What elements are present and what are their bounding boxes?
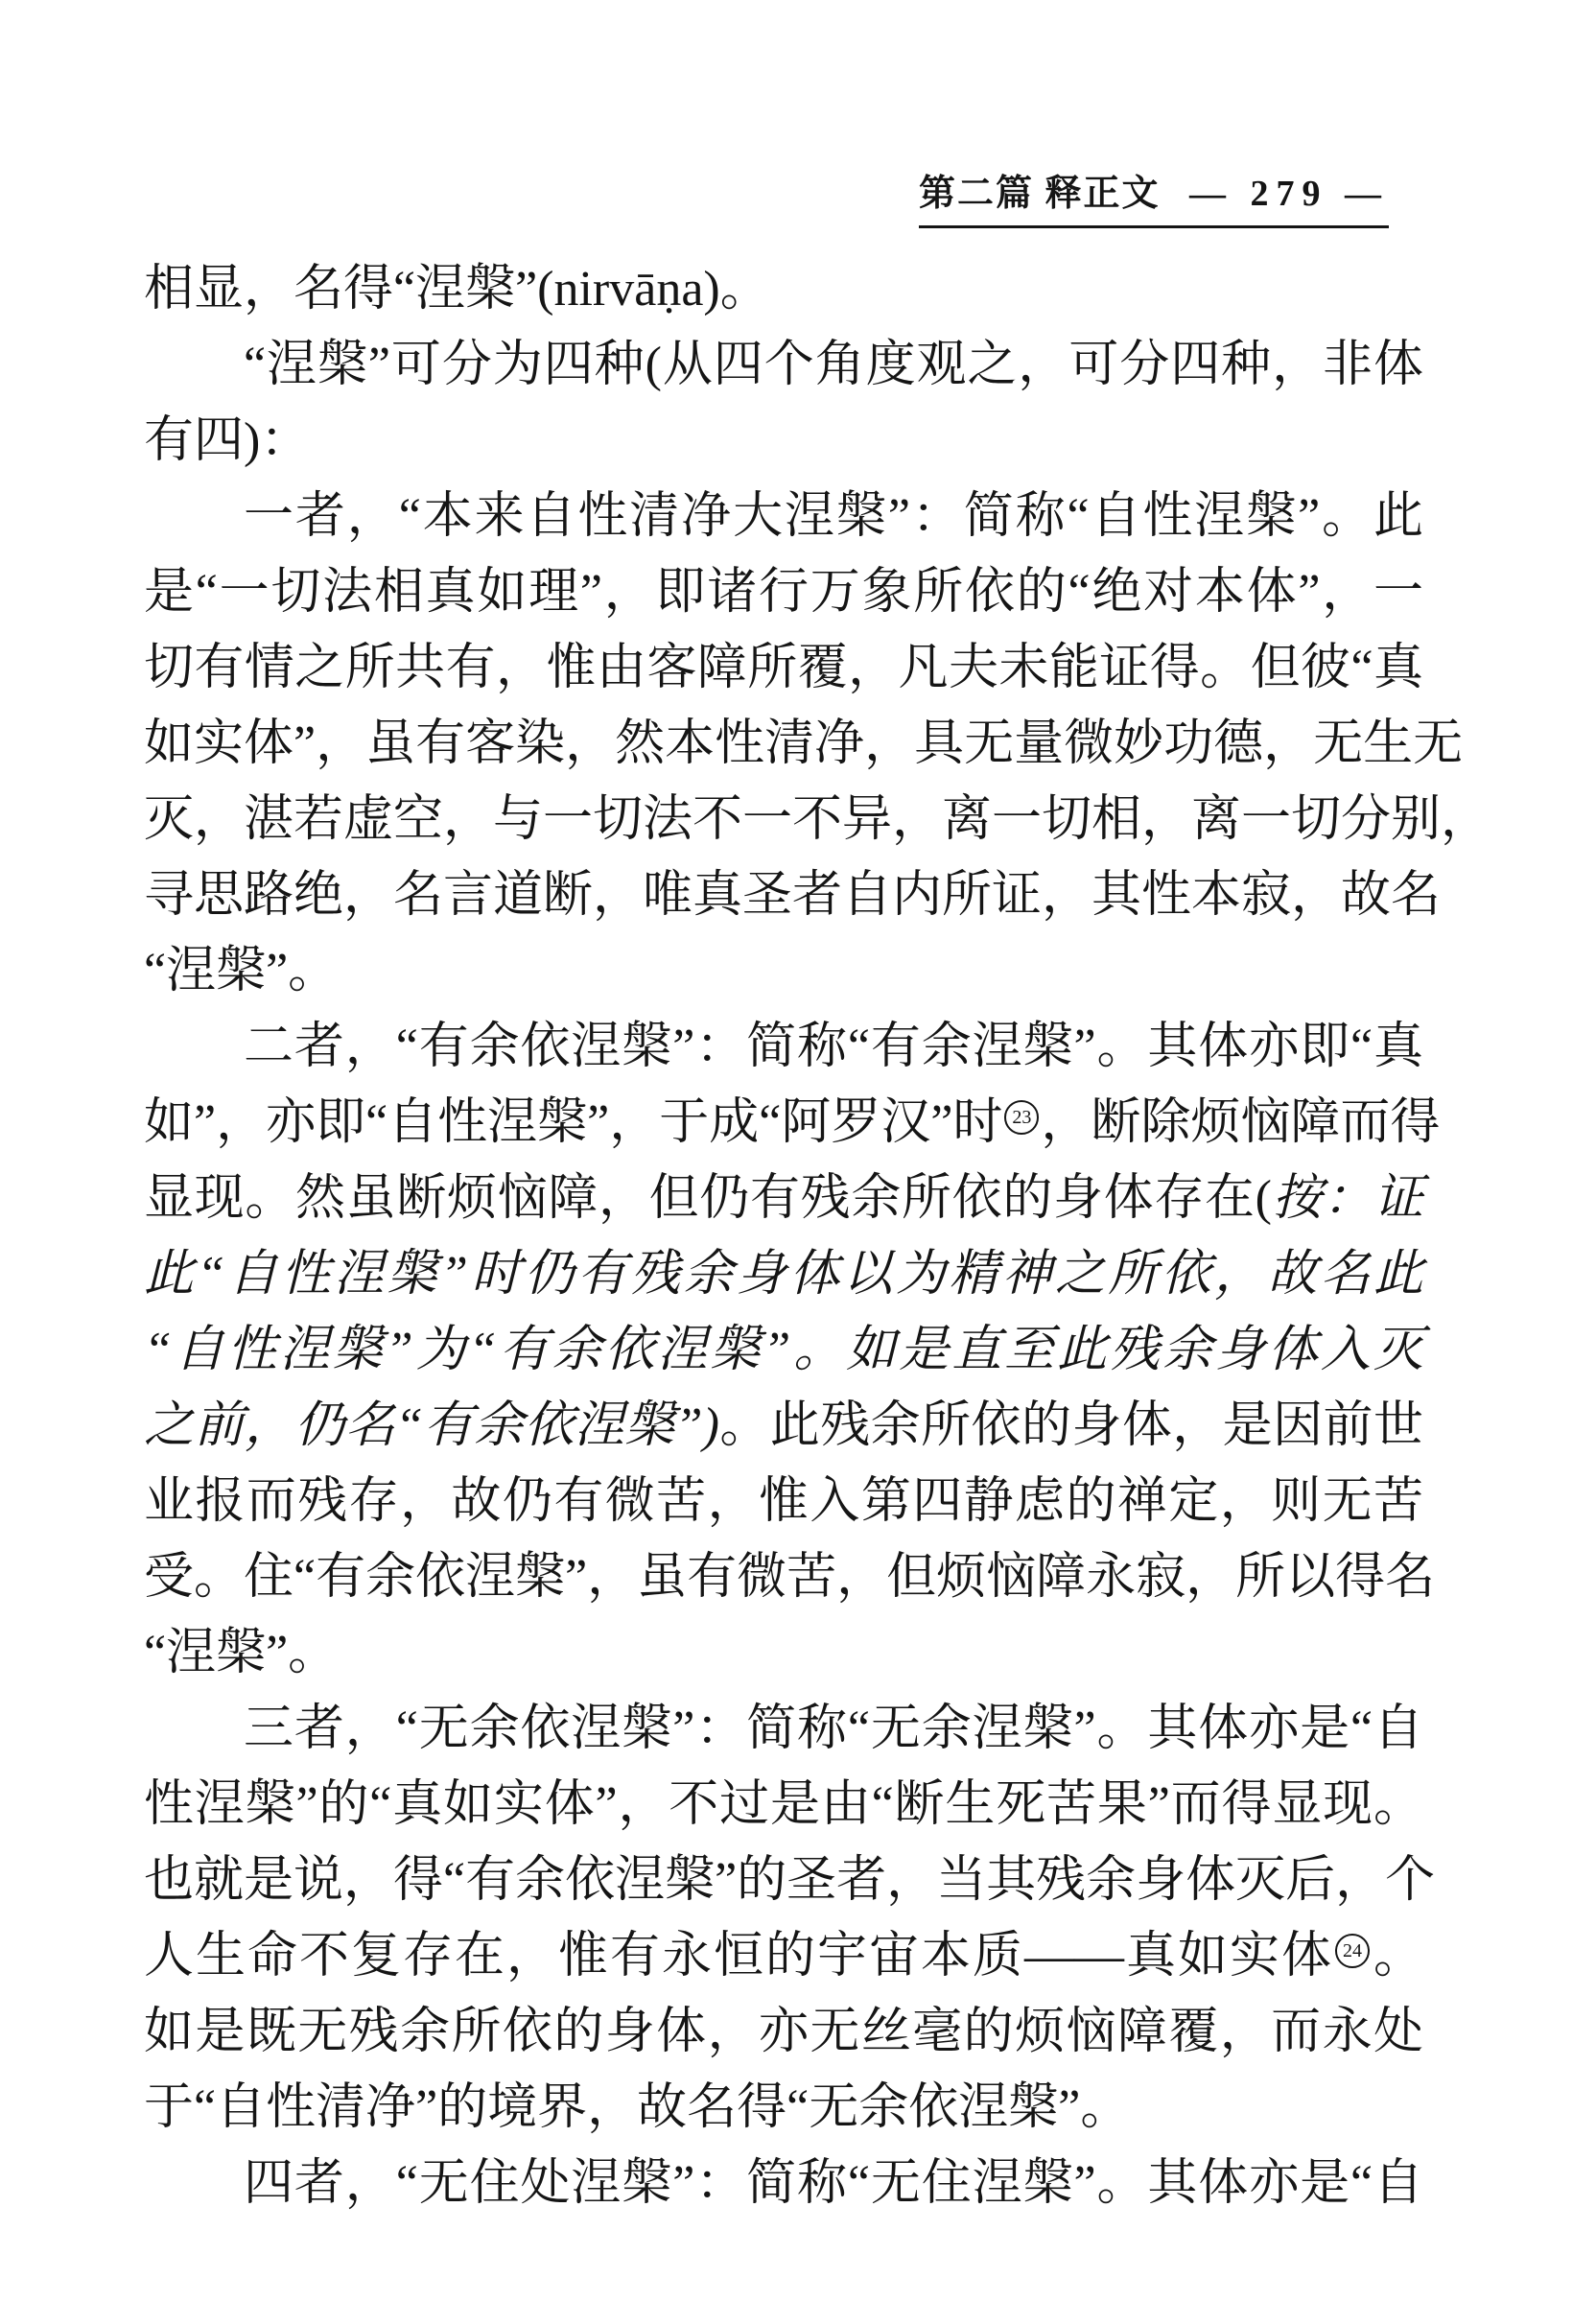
text-line: 人生命不复存在，惟有永恒的宇宙本质——真如实体24。 bbox=[144, 1918, 1423, 1994]
text-segment: 寻思路绝，名言道断，唯真圣者自内所证，其性本寂，故名 bbox=[144, 868, 1441, 923]
text-segment: 三者，“无余依涅槃”：简称“无余涅槃”。其体亦是“自 bbox=[244, 1702, 1423, 1756]
text-segment: ，断除烦恼障而得 bbox=[1041, 1095, 1440, 1150]
text-line: “自性涅槃”为“有余依涅槃”。如是直至此残余身体入灭 bbox=[144, 1312, 1423, 1388]
text-line: 性涅槃”的“真如实体”，不过是由“断生死苦果”而得显现。 bbox=[144, 1767, 1423, 1843]
text-line: 如是既无残余所依的身体，亦无丝毫的烦恼障覆，而永处 bbox=[144, 1994, 1423, 2070]
text-segment: 如”，亦即“自性涅槃”，于成“阿罗汉”时 bbox=[144, 1095, 1002, 1150]
text-line: 灭，湛若虚空，与一切法不一不异，离一切相，离一切分别， bbox=[144, 782, 1423, 857]
text-segment: 四者，“无住处涅槃”：简称“无住涅槃”。其体亦是“自 bbox=[244, 2156, 1423, 2211]
text-segment: “自性涅槃”为“有余依涅槃”。如是直至此残余身体入灭 bbox=[144, 1323, 1423, 1377]
text-line: 之前，仍名“有余依涅槃”)。此残余所依的身体，是因前世 bbox=[144, 1388, 1423, 1464]
text-line: “涅槃”。 bbox=[144, 933, 1423, 1009]
text-segment: 业报而残存，故仍有微苦，惟入第四静虑的禅定，则无苦 bbox=[144, 1474, 1423, 1529]
book-page: 第二篇 释正文 — 279 — 相显，名得“涅槃”(nirvāṇa)。“涅槃”可… bbox=[0, 0, 1596, 2301]
text-segment: 如是既无残余所依的身体，亦无丝毫的烦恼障覆，而永处 bbox=[144, 2005, 1423, 2059]
text-line: 三者，“无余依涅槃”：简称“无余涅槃”。其体亦是“自 bbox=[144, 1691, 1423, 1767]
text-segment: 二者，“有余依涅槃”：简称“有余涅槃”。其体亦即“真 bbox=[244, 1020, 1423, 1074]
text-line: 是“一切法相真如理”，即诸行万象所依的“绝对本体”，一 bbox=[144, 554, 1423, 630]
text-segment: 。 bbox=[1372, 1929, 1423, 1984]
page-dash-left: — bbox=[1189, 174, 1233, 214]
text-line: “涅槃”。 bbox=[144, 1615, 1423, 1691]
text-line: 此“自性涅槃”时仍有残余身体以为精神之所依，故名此 bbox=[144, 1236, 1423, 1312]
page-number-block: — 279 — bbox=[1189, 173, 1389, 215]
text-line: 如实体”，虽有客染，然本性清净，具无量微妙功德，无生无 bbox=[144, 706, 1423, 782]
page-header: 第二篇 释正文 — 279 — bbox=[919, 163, 1389, 228]
text-segment: 性涅槃”的“真如实体”，不过是由“断生死苦果”而得显现。 bbox=[144, 1777, 1423, 1832]
text-line: 切有情之所共有，惟由客障所覆，凡夫未能证得。但彼“真 bbox=[144, 630, 1423, 706]
page-body: 相显，名得“涅槃”(nirvāṇa)。“涅槃”可分为四种(从四个角度观之，可分四… bbox=[144, 251, 1423, 2221]
footnote-ref-icon: 23 bbox=[1004, 1100, 1039, 1135]
text-segment: 有四)： bbox=[144, 413, 310, 468]
text-line: 受。住“有余依涅槃”，虽有微苦，但烦恼障永寂，所以得名 bbox=[144, 1539, 1423, 1615]
chapter-title: 第二篇 释正文 bbox=[919, 163, 1161, 216]
text-segment: 之前，仍名“有余依涅槃”) bbox=[144, 1398, 719, 1453]
text-line: 四者，“无住处涅槃”：简称“无住涅槃”。其体亦是“自 bbox=[144, 2146, 1423, 2221]
text-segment: “涅槃”可分为四种(从四个角度观之，可分四种，非体 bbox=[244, 338, 1423, 392]
text-segment: 是“一切法相真如理”，即诸行万象所依的“绝对本体”，一 bbox=[144, 565, 1423, 620]
text-line: “涅槃”可分为四种(从四个角度观之，可分四种，非体 bbox=[144, 327, 1423, 403]
text-segment: “涅槃”。 bbox=[144, 1626, 338, 1680]
text-segment: “涅槃”。 bbox=[144, 944, 338, 998]
footnote-ref-icon: 24 bbox=[1335, 1934, 1370, 1968]
text-segment: 受。住“有余依涅槃”，虽有微苦，但烦恼障永寂，所以得名 bbox=[144, 1550, 1435, 1605]
text-segment: 一者，“本来自性清净大涅槃”：简称“自性涅槃”。此 bbox=[244, 489, 1423, 544]
text-segment: 显现。然虽断烦恼障，但仍有残余所依的身体存在( bbox=[144, 1171, 1272, 1226]
text-line: 于“自性清净”的境界，故名得“无余依涅槃”。 bbox=[144, 2070, 1423, 2146]
page-number: 279 bbox=[1251, 174, 1328, 214]
text-segment: 也就是说，得“有余依涅槃”的圣者，当其残余身体灭后，个 bbox=[144, 1853, 1435, 1908]
text-line: 寻思路绝，名言道断，唯真圣者自内所证，其性本寂，故名 bbox=[144, 857, 1423, 933]
text-segment: 。此残余所依的身体，是因前世 bbox=[719, 1398, 1423, 1453]
text-line: 显现。然虽断烦恼障，但仍有残余所依的身体存在(按：证 bbox=[144, 1161, 1423, 1236]
text-line: 相显，名得“涅槃”(nirvāṇa)。 bbox=[144, 251, 1423, 327]
text-line: 二者，“有余依涅槃”：简称“有余涅槃”。其体亦即“真 bbox=[144, 1009, 1423, 1085]
text-segment: 如实体”，虽有客染，然本性清净，具无量微妙功德，无生无 bbox=[144, 716, 1463, 771]
text-segment: 人生命不复存在，惟有永恒的宇宙本质——真如实体 bbox=[144, 1929, 1333, 1984]
text-line: 一者，“本来自性清净大涅槃”：简称“自性涅槃”。此 bbox=[144, 479, 1423, 554]
page-dash-right: — bbox=[1345, 174, 1389, 214]
text-segment: 按：证 bbox=[1272, 1171, 1423, 1226]
text-line: 业报而残存，故仍有微苦，惟入第四静虑的禅定，则无苦 bbox=[144, 1464, 1423, 1539]
text-segment: 相显，名得“涅槃”(nirvāṇa)。 bbox=[144, 262, 770, 317]
text-line: 也就是说，得“有余依涅槃”的圣者，当其残余身体灭后，个 bbox=[144, 1843, 1423, 1918]
text-line: 如”，亦即“自性涅槃”，于成“阿罗汉”时23，断除烦恼障而得 bbox=[144, 1085, 1423, 1161]
text-segment: 切有情之所共有，惟由客障所覆，凡夫未能证得。但彼“真 bbox=[144, 641, 1423, 695]
text-segment: 于“自性清净”的境界，故名得“无余依涅槃”。 bbox=[144, 2080, 1130, 2135]
text-segment: 此“自性涅槃”时仍有残余身体以为精神之所依，故名此 bbox=[144, 1247, 1423, 1302]
text-line: 有四)： bbox=[144, 403, 1423, 479]
text-segment: 灭，湛若虚空，与一切法不一不异，离一切相，离一切分别， bbox=[144, 792, 1490, 847]
